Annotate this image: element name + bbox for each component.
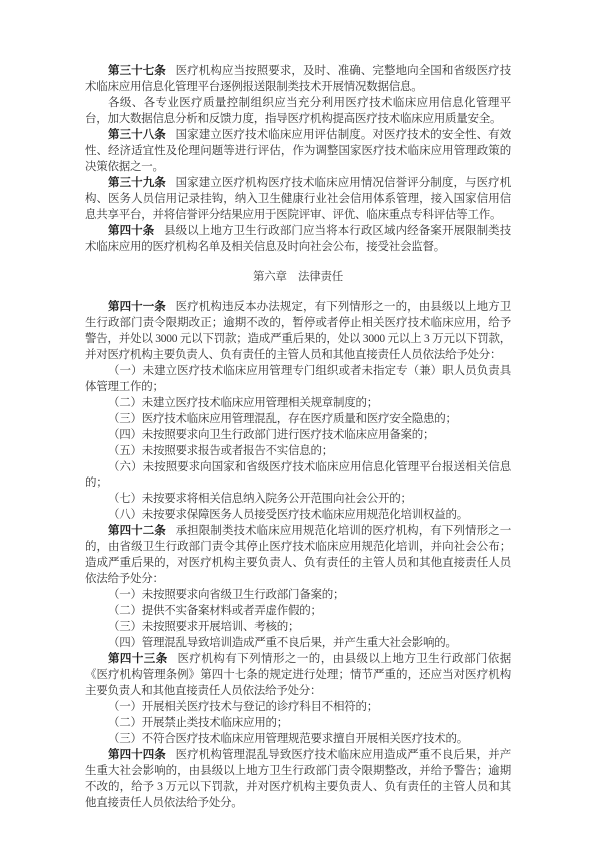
article-paragraph: 第四十三条医疗机构有下列情形之一的，由县级以上地方卫生行政部门依据《医疗机构管理…: [85, 651, 511, 699]
list-item: （七）未按要求将相关信息纳入院务公开范围向社会公开的；: [85, 491, 511, 507]
list-item: （四）管理混乱导致培训造成严重不良后果，并产生重大社会影响的。: [85, 635, 511, 651]
list-item: （八）未按要求保障医务人员接受医疗技术临床应用规范化培训权益的。: [85, 507, 511, 523]
list-item: （二）开展禁止类技术临床应用的；: [85, 715, 511, 731]
article-paragraph: 第三十七条医疗机构应当按照要求，及时、准确、完整地向全国和省级医疗技术临床应用信…: [85, 63, 511, 95]
article-paragraph: 第四十条县级以上地方卫生行政部门应当将本行政区域内经备案开展限制类技术临床应用的…: [85, 223, 511, 255]
document-page: 第三十七条医疗机构应当按照要求，及时、准确、完整地向全国和省级医疗技术临床应用信…: [0, 0, 595, 841]
list-item: （六）未按照要求向国家和省级医疗技术临床应用信息化管理平台报送相关信息的；: [85, 459, 511, 491]
list-item: （一）未按照要求向省级卫生行政部门备案的；: [85, 587, 511, 603]
article-number: 第三十七条: [108, 65, 166, 77]
article-number: 第三十八条: [108, 129, 166, 141]
article-paragraph: 第四十一条医疗机构违反本办法规定，有下列情形之一的，由县级以上地方卫生行政部门责…: [85, 299, 511, 363]
chapter-heading: 第六章 法律责任: [85, 269, 511, 285]
article-paragraph: 第三十八条国家建立医疗技术临床应用评估制度。对医疗技术的安全性、有效性、经济适宜…: [85, 127, 511, 175]
document-body: 第三十七条医疗机构应当按照要求，及时、准确、完整地向全国和省级医疗技术临床应用信…: [85, 63, 511, 811]
list-item: （二）未建立医疗技术临床应用管理相关规章制度的；: [85, 395, 511, 411]
article-paragraph: 第三十九条国家建立医疗机构医疗技术临床应用情况信誉评分制度，与医疗机构、医务人员…: [85, 175, 511, 223]
list-item: （三）未按照要求开展培训、考核的；: [85, 619, 511, 635]
list-item: （三）不符合医疗技术临床应用管理规范要求擅自开展相关医疗技术的。: [85, 731, 511, 747]
body-paragraph: 各级、各专业医疗质量控制组织应当充分利用医疗技术临床应用信息化管理平台，加大数据…: [85, 95, 511, 127]
list-item: （三）医疗技术临床应用管理混乱，存在医疗质量和医疗安全隐患的；: [85, 411, 511, 427]
list-item: （五）未按照要求报告或者报告不实信息的；: [85, 443, 511, 459]
article-number: 第四十三条: [108, 653, 168, 665]
article-number: 第四十二条: [108, 525, 166, 537]
article-number: 第四十条: [108, 225, 154, 237]
list-item: （四）未按照要求向卫生行政部门进行医疗技术临床应用备案的；: [85, 427, 511, 443]
article-number: 第三十九条: [108, 177, 166, 189]
article-number: 第四十一条: [108, 301, 166, 313]
article-paragraph: 第四十四条医疗机构管理混乱导致医疗技术临床应用造成严重不良后果，并产生重大社会影…: [85, 747, 511, 811]
list-item: （二）提供不实备案材料或者弄虚作假的；: [85, 603, 511, 619]
article-number: 第四十四条: [108, 749, 166, 761]
list-item: （一）未建立医疗技术临床应用管理专门组织或者未指定专（兼）职人员负责具体管理工作…: [85, 363, 511, 395]
article-paragraph: 第四十二条承担限制类技术临床应用规范化培训的医疗机构，有下列情形之一的，由省级卫…: [85, 523, 511, 587]
list-item: （一）开展相关医疗技术与登记的诊疗科目不相符的；: [85, 699, 511, 715]
